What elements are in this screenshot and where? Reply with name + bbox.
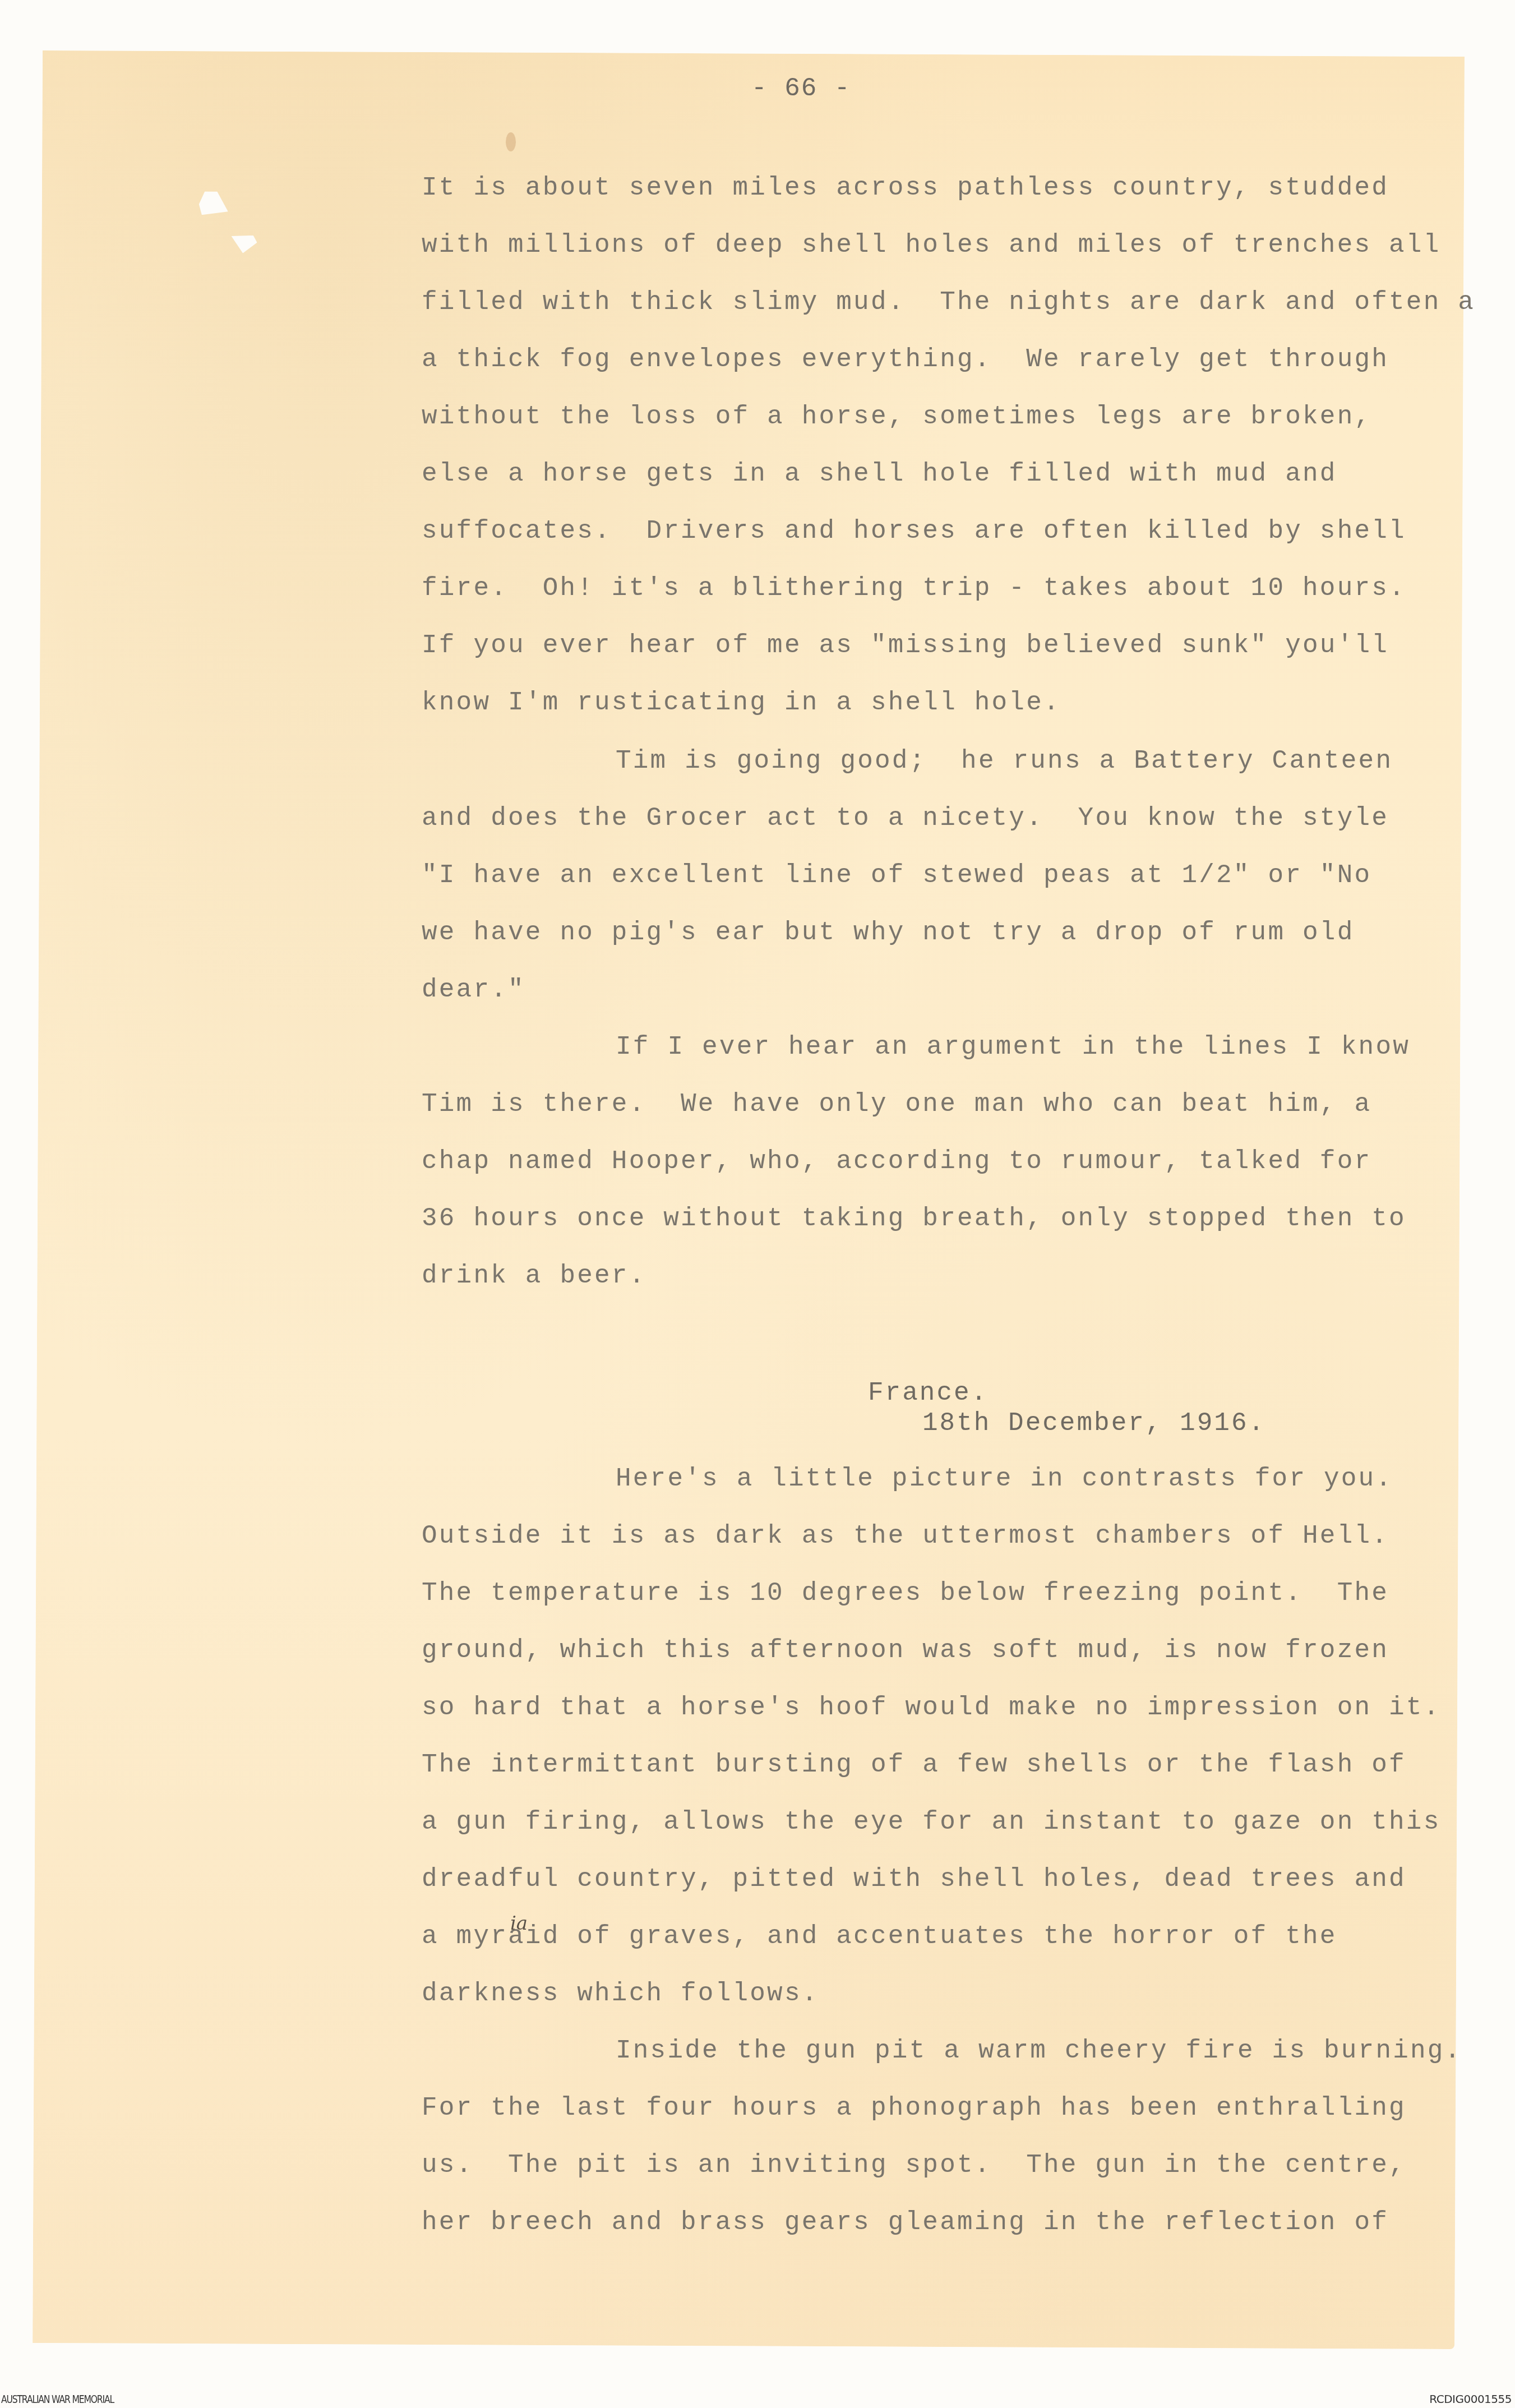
text-line: suffocates. Drivers and horses are often…	[422, 518, 1406, 544]
paragraph-start: If I ever hear an argument in the lines …	[616, 1034, 1410, 1060]
text-line: a myraid of graves, and accentuates the …	[422, 1923, 1337, 1949]
text-line: Tim is there. We have only one man who c…	[422, 1091, 1371, 1117]
text-line: It is about seven miles across pathless …	[422, 175, 1389, 201]
text-line: know I'm rusticating in a shell hole.	[422, 690, 1061, 716]
text-line: without the loss of a horse, sometimes l…	[422, 404, 1371, 430]
text-line: us. The pit is an inviting spot. The gun…	[422, 2152, 1406, 2178]
text-line: darkness which follows.	[422, 1981, 819, 2006]
text-line: a thick fog envelopes everything. We rar…	[422, 347, 1389, 372]
text-line: dear."	[422, 977, 525, 1003]
paragraph-start: Tim is going good; he runs a Battery Can…	[616, 748, 1393, 774]
text-line: else a horse gets in a shell hole filled…	[422, 461, 1337, 487]
text-line: dreadful country, pitted with shell hole…	[422, 1866, 1406, 1892]
text-line: Outside it is as dark as the uttermost c…	[422, 1523, 1389, 1549]
text-line: chap named Hooper, who, according to rum…	[422, 1148, 1371, 1174]
paper-stain	[506, 132, 516, 151]
dateline-place: France.	[868, 1378, 988, 1408]
punch-hole-bottom	[231, 235, 257, 253]
text-line: The intermittant bursting of a few shell…	[422, 1752, 1406, 1778]
text-line: her breech and brass gears gleaming in t…	[422, 2209, 1389, 2235]
text-line: with millions of deep shell holes and mi…	[422, 232, 1440, 258]
paragraph-start: Inside the gun pit a warm cheery fire is…	[616, 2038, 1462, 2064]
text-line: drink a beer.	[422, 1263, 646, 1289]
text-line: ground, which this afternoon was soft mu…	[422, 1637, 1389, 1663]
text-line: For the last four hours a phonograph has…	[422, 2095, 1406, 2121]
archive-credit: AUSTRALIAN WAR MEMORIAL	[1, 2392, 114, 2406]
text-line: The temperature is 10 degrees below free…	[422, 1580, 1389, 1606]
text-line: a gun firing, allows the eye for an inst…	[422, 1809, 1440, 1835]
text-line: and does the Grocer act to a nicety. You…	[422, 805, 1389, 831]
dateline-date: 18th December, 1916.	[922, 1409, 1265, 1438]
paragraph-start: Here's a little picture in contrasts for…	[616, 1466, 1393, 1492]
text-line: If you ever hear of me as "missing belie…	[422, 633, 1389, 658]
page-number: - 66 -	[751, 74, 851, 103]
text-line: so hard that a horse's hoof would make n…	[422, 1695, 1440, 1720]
punch-hole-top	[199, 191, 228, 215]
text-line: fire. Oh! it's a blithering trip - takes…	[422, 575, 1406, 601]
text-line: 36 hours once without taking breath, onl…	[422, 1206, 1406, 1231]
archive-id: RCDIG0001555	[1429, 2392, 1512, 2406]
text-line: filled with thick slimy mud. The nights …	[422, 289, 1475, 315]
text-line: "I have an excellent line of stewed peas…	[422, 862, 1371, 888]
text-line: we have no pig's ear but why not try a d…	[422, 920, 1354, 945]
